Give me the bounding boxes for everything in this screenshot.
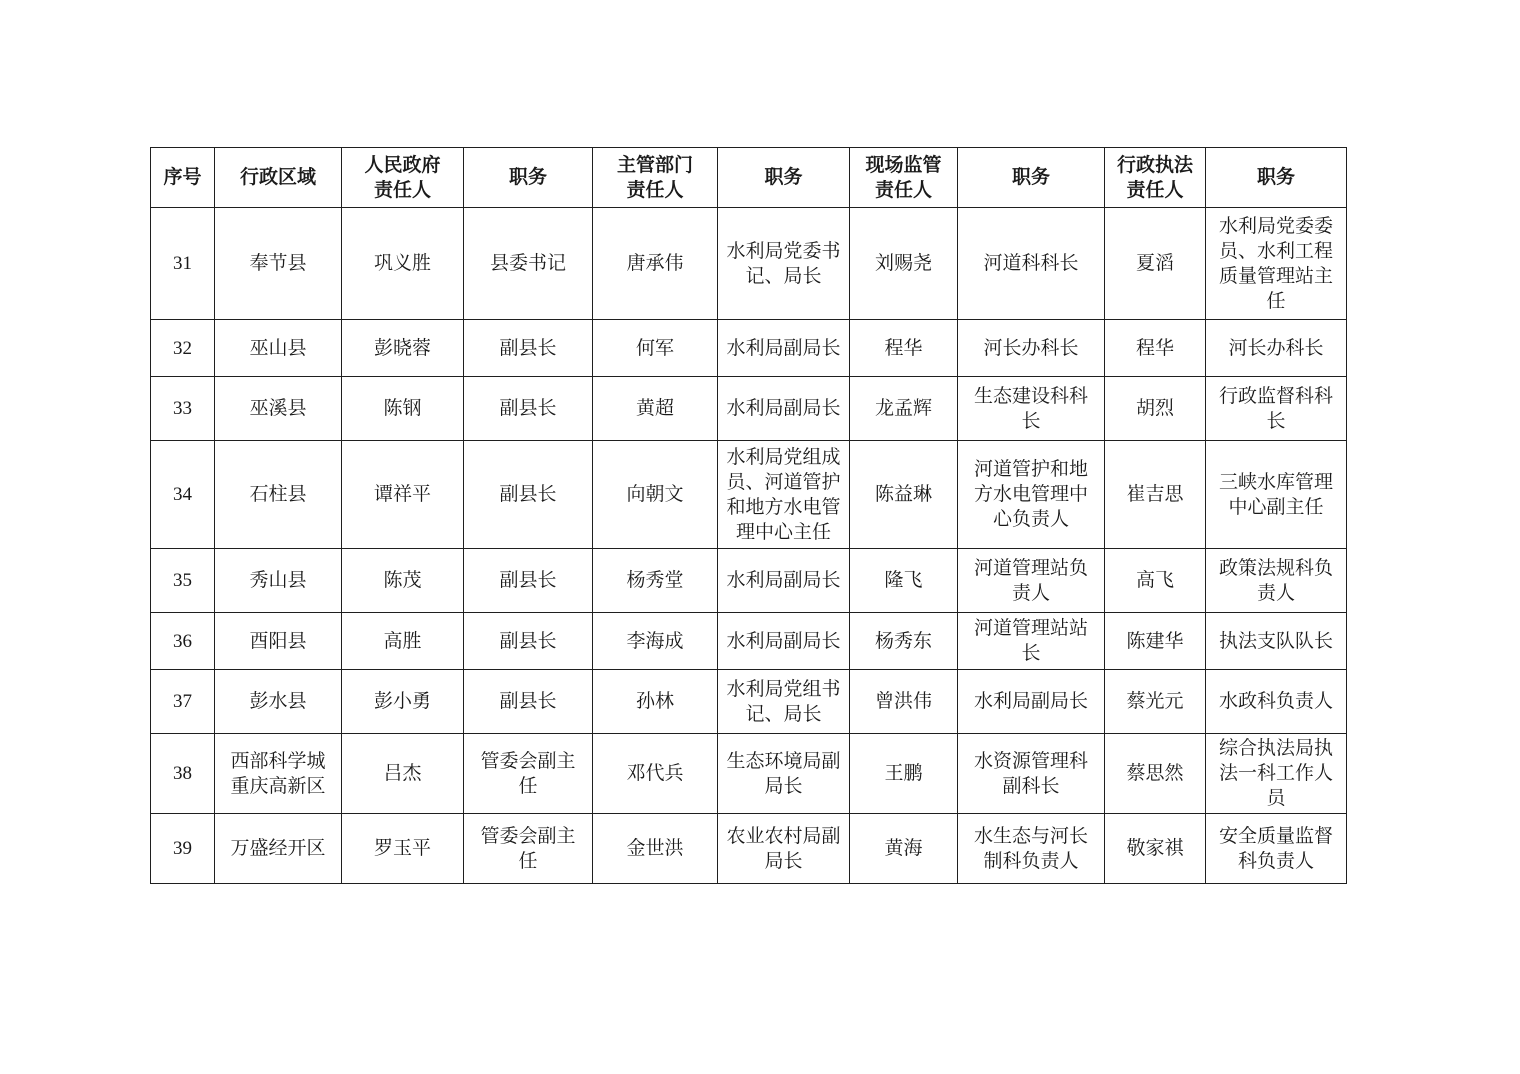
table-cell: 陈钢 bbox=[342, 377, 464, 441]
table-cell: 36 bbox=[151, 613, 215, 670]
table-cell: 33 bbox=[151, 377, 215, 441]
table-cell: 河道管理站站长 bbox=[958, 613, 1105, 670]
table-cell: 河道管护和地方水电管理中心负责人 bbox=[958, 441, 1105, 549]
table-cell: 崔吉思 bbox=[1105, 441, 1206, 549]
table-cell: 34 bbox=[151, 441, 215, 549]
table-cell: 巫山县 bbox=[215, 320, 342, 377]
table-cell: 水利局党委委员、水利工程质量管理站主任 bbox=[1206, 208, 1347, 320]
table-cell: 西部科学城重庆高新区 bbox=[215, 734, 342, 814]
table-cell: 水利局副局长 bbox=[718, 377, 850, 441]
table-cell: 陈建华 bbox=[1105, 613, 1206, 670]
table-cell: 水利局副局长 bbox=[718, 613, 850, 670]
table-cell: 李海成 bbox=[593, 613, 718, 670]
table-cell: 高飞 bbox=[1105, 549, 1206, 613]
table-cell: 金世洪 bbox=[593, 814, 718, 884]
table-cell: 唐承伟 bbox=[593, 208, 718, 320]
table-cell: 副县长 bbox=[464, 549, 593, 613]
table-cell: 水利局党组书记、局长 bbox=[718, 670, 850, 734]
table-cell: 副县长 bbox=[464, 441, 593, 549]
table-head: 序号行政区域人民政府 责任人职务主管部门 责任人职务现场监管 责任人职务行政执法… bbox=[151, 148, 1347, 208]
table-cell: 水利局副局长 bbox=[958, 670, 1105, 734]
table-cell: 高胜 bbox=[342, 613, 464, 670]
table-cell: 32 bbox=[151, 320, 215, 377]
table-cell: 39 bbox=[151, 814, 215, 884]
table-cell: 酉阳县 bbox=[215, 613, 342, 670]
table-cell: 何军 bbox=[593, 320, 718, 377]
table-cell: 彭小勇 bbox=[342, 670, 464, 734]
table-cell: 河长办科长 bbox=[958, 320, 1105, 377]
table-cell: 副县长 bbox=[464, 320, 593, 377]
header-cell: 职务 bbox=[958, 148, 1105, 208]
table-cell: 巫溪县 bbox=[215, 377, 342, 441]
table-cell: 生态环境局副局长 bbox=[718, 734, 850, 814]
table-cell: 管委会副主任 bbox=[464, 814, 593, 884]
table-cell: 河道管理站负责人 bbox=[958, 549, 1105, 613]
table-cell: 谭祥平 bbox=[342, 441, 464, 549]
header-cell: 职务 bbox=[1206, 148, 1347, 208]
table-cell: 水生态与河长制科负责人 bbox=[958, 814, 1105, 884]
table-row: 32巫山县彭晓蓉副县长何军水利局副局长程华河长办科长程华河长办科长 bbox=[151, 320, 1347, 377]
table-cell: 蔡思然 bbox=[1105, 734, 1206, 814]
table-cell: 河道科科长 bbox=[958, 208, 1105, 320]
table-cell: 蔡光元 bbox=[1105, 670, 1206, 734]
table-cell: 执法支队队长 bbox=[1206, 613, 1347, 670]
table-row: 35秀山县陈茂副县长杨秀堂水利局副局长隆飞河道管理站负责人高飞政策法规科负责人 bbox=[151, 549, 1347, 613]
table-cell: 曾洪伟 bbox=[850, 670, 958, 734]
table-row: 38西部科学城重庆高新区吕杰管委会副主任邓代兵生态环境局副局长王鹏水资源管理科副… bbox=[151, 734, 1347, 814]
table-cell: 副县长 bbox=[464, 613, 593, 670]
table-cell: 向朝文 bbox=[593, 441, 718, 549]
table-cell: 31 bbox=[151, 208, 215, 320]
table-cell: 河长办科长 bbox=[1206, 320, 1347, 377]
table-cell: 黄海 bbox=[850, 814, 958, 884]
table-row: 36酉阳县高胜副县长李海成水利局副局长杨秀东河道管理站站长陈建华执法支队队长 bbox=[151, 613, 1347, 670]
table-cell: 龙孟辉 bbox=[850, 377, 958, 441]
table-cell: 三峡水库管理中心副主任 bbox=[1206, 441, 1347, 549]
table-cell: 政策法规科负责人 bbox=[1206, 549, 1347, 613]
table-cell: 水政科负责人 bbox=[1206, 670, 1347, 734]
table-cell: 38 bbox=[151, 734, 215, 814]
table-cell: 万盛经开区 bbox=[215, 814, 342, 884]
table-body: 31奉节县巩义胜县委书记唐承伟水利局党委书记、局长刘赐尧河道科科长夏滔水利局党委… bbox=[151, 208, 1347, 884]
header-cell: 职务 bbox=[464, 148, 593, 208]
table-cell: 水资源管理科副科长 bbox=[958, 734, 1105, 814]
table-cell: 管委会副主任 bbox=[464, 734, 593, 814]
table-cell: 秀山县 bbox=[215, 549, 342, 613]
table-cell: 彭晓蓉 bbox=[342, 320, 464, 377]
table-cell: 吕杰 bbox=[342, 734, 464, 814]
table-cell: 夏滔 bbox=[1105, 208, 1206, 320]
table-cell: 王鹏 bbox=[850, 734, 958, 814]
header-cell: 主管部门 责任人 bbox=[593, 148, 718, 208]
table-cell: 陈益琳 bbox=[850, 441, 958, 549]
header-cell: 行政区域 bbox=[215, 148, 342, 208]
table-cell: 程华 bbox=[1105, 320, 1206, 377]
header-cell: 行政执法 责任人 bbox=[1105, 148, 1206, 208]
table-cell: 石柱县 bbox=[215, 441, 342, 549]
responsibility-table: 序号行政区域人民政府 责任人职务主管部门 责任人职务现场监管 责任人职务行政执法… bbox=[150, 147, 1347, 884]
table-cell: 彭水县 bbox=[215, 670, 342, 734]
table-cell: 生态建设科科长 bbox=[958, 377, 1105, 441]
table-cell: 农业农村局副局长 bbox=[718, 814, 850, 884]
table-cell: 胡烈 bbox=[1105, 377, 1206, 441]
table-row: 31奉节县巩义胜县委书记唐承伟水利局党委书记、局长刘赐尧河道科科长夏滔水利局党委… bbox=[151, 208, 1347, 320]
table-cell: 罗玉平 bbox=[342, 814, 464, 884]
table-cell: 程华 bbox=[850, 320, 958, 377]
header-cell: 职务 bbox=[718, 148, 850, 208]
table-cell: 黄超 bbox=[593, 377, 718, 441]
table-row: 34石柱县谭祥平副县长向朝文水利局党组成员、河道管护和地方水电管理中心主任陈益琳… bbox=[151, 441, 1347, 549]
table-cell: 副县长 bbox=[464, 670, 593, 734]
table-cell: 杨秀东 bbox=[850, 613, 958, 670]
table-row: 39万盛经开区罗玉平管委会副主任金世洪农业农村局副局长黄海水生态与河长制科负责人… bbox=[151, 814, 1347, 884]
table-cell: 副县长 bbox=[464, 377, 593, 441]
header-row: 序号行政区域人民政府 责任人职务主管部门 责任人职务现场监管 责任人职务行政执法… bbox=[151, 148, 1347, 208]
table-cell: 陈茂 bbox=[342, 549, 464, 613]
table-cell: 安全质量监督科负责人 bbox=[1206, 814, 1347, 884]
table-row: 37彭水县彭小勇副县长孙林水利局党组书记、局长曾洪伟水利局副局长蔡光元水政科负责… bbox=[151, 670, 1347, 734]
table-cell: 敬家祺 bbox=[1105, 814, 1206, 884]
table-row: 33巫溪县陈钢副县长黄超水利局副局长龙孟辉生态建设科科长胡烈行政监督科科长 bbox=[151, 377, 1347, 441]
table-cell: 35 bbox=[151, 549, 215, 613]
table-cell: 县委书记 bbox=[464, 208, 593, 320]
table-cell: 刘赐尧 bbox=[850, 208, 958, 320]
header-cell: 人民政府 责任人 bbox=[342, 148, 464, 208]
table-cell: 水利局党组成员、河道管护和地方水电管理中心主任 bbox=[718, 441, 850, 549]
table-cell: 水利局副局长 bbox=[718, 320, 850, 377]
header-cell: 序号 bbox=[151, 148, 215, 208]
header-cell: 现场监管 责任人 bbox=[850, 148, 958, 208]
table-cell: 行政监督科科长 bbox=[1206, 377, 1347, 441]
table-cell: 水利局副局长 bbox=[718, 549, 850, 613]
table-cell: 巩义胜 bbox=[342, 208, 464, 320]
table-cell: 杨秀堂 bbox=[593, 549, 718, 613]
table-cell: 隆飞 bbox=[850, 549, 958, 613]
table-cell: 综合执法局执法一科工作人员 bbox=[1206, 734, 1347, 814]
table-cell: 邓代兵 bbox=[593, 734, 718, 814]
table-cell: 37 bbox=[151, 670, 215, 734]
table-cell: 水利局党委书记、局长 bbox=[718, 208, 850, 320]
table-cell: 孙林 bbox=[593, 670, 718, 734]
document-page: 序号行政区域人民政府 责任人职务主管部门 责任人职务现场监管 责任人职务行政执法… bbox=[0, 0, 1520, 1074]
table-cell: 奉节县 bbox=[215, 208, 342, 320]
